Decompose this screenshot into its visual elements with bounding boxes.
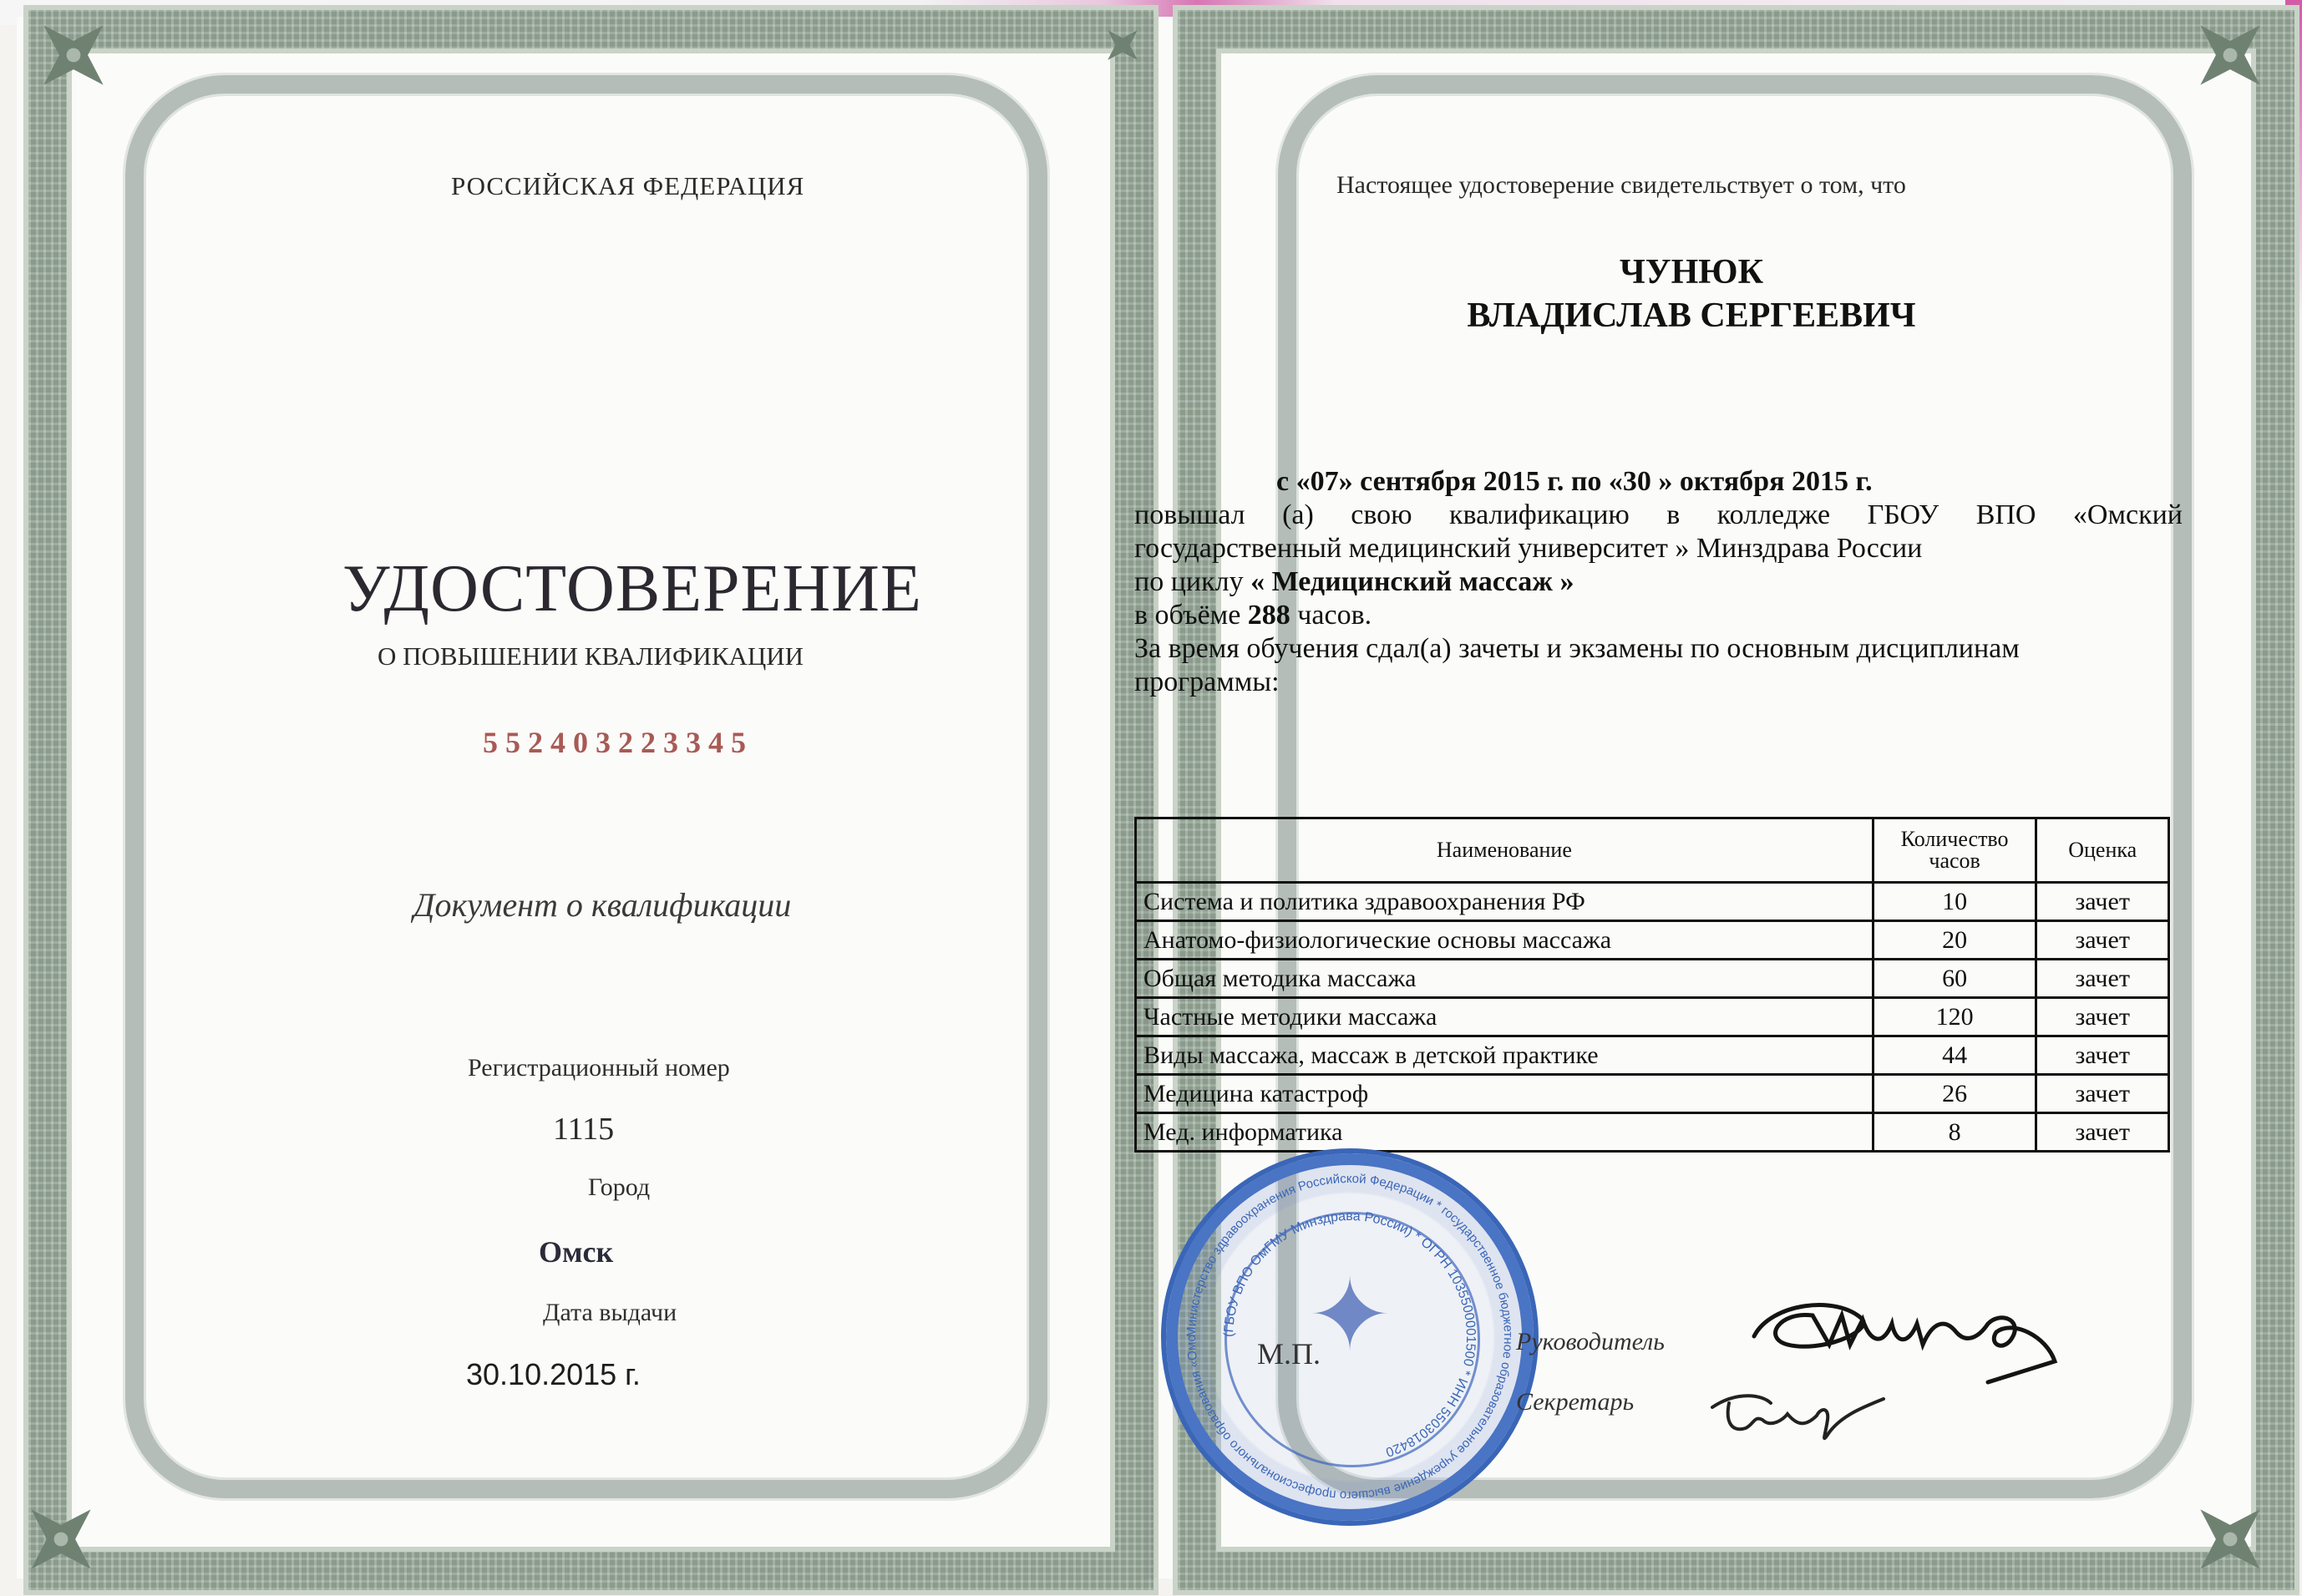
column-header-hours: Количество часов (1873, 818, 2036, 883)
discipline-name: Система и политика здравоохранения РФ (1136, 883, 1874, 921)
volume-line: в объёме 288 часов. (1134, 599, 2183, 632)
hours: 10 (1873, 883, 2036, 921)
hours: 60 (1873, 960, 2036, 998)
hours: 120 (1873, 998, 2036, 1036)
city-label: Город (588, 1173, 650, 1202)
secretary-signature-label: Секретарь (1516, 1388, 1634, 1416)
svg-text:(ГБОУ ВПО ОмГМУ Минздрава Росс: (ГБОУ ВПО ОмГМУ Минздрава России) * ОГРН… (1222, 1209, 1478, 1459)
hours: 8 (1873, 1113, 2036, 1152)
discipline-name: Мед. информатика (1136, 1113, 1874, 1152)
column-header-name: Наименование (1136, 818, 1874, 883)
country-name: РОССИЙСКАЯ ФЕДЕРАЦИЯ (451, 171, 804, 201)
holder-surname: ЧУНЮК (1336, 251, 2046, 294)
table-row: Анатомо-физиологические основы массажа20… (1136, 921, 2169, 960)
document-subtitle: О ПОВЫШЕНИИ КВАЛИФИКАЦИИ (378, 641, 804, 671)
exams-line: программы: (1134, 666, 2183, 699)
head-signature (1737, 1286, 2071, 1386)
table-row: Виды массажа, массаж в детской практике4… (1136, 1036, 2169, 1075)
body-line: государственный медицинский университет … (1134, 532, 2183, 565)
discipline-name: Частные методики массажа (1136, 998, 1874, 1036)
grade: зачет (2036, 1036, 2169, 1075)
head-signature-label: Руководитель (1516, 1328, 1665, 1356)
issue-date-label: Дата выдачи (543, 1299, 677, 1327)
hours: 44 (1873, 1036, 2036, 1075)
seal-mark: М.П. (1257, 1336, 1321, 1371)
exams-line: За время обучения сдал(а) зачеты и экзам… (1134, 632, 2183, 666)
table-row: Медицина катастроф26зачет (1136, 1075, 2169, 1113)
certificate-body: с «07» сентября 2015 г. по «30 » октября… (1134, 465, 2183, 699)
grade: зачет (2036, 883, 2169, 921)
holder-given-names: ВЛАДИСЛАВ СЕРГЕЕВИЧ (1336, 294, 2046, 337)
left-page-rope-ornament (125, 75, 1047, 1498)
volume-prefix: в объёме (1134, 600, 1248, 631)
cycle-line: по циклу « Медицинский массаж » (1134, 565, 2183, 599)
grade: зачет (2036, 1113, 2169, 1152)
city-value: Омск (539, 1234, 613, 1269)
grade: зачет (2036, 1075, 2169, 1113)
table-row: Мед. информатика8зачет (1136, 1113, 2169, 1152)
secretary-signature (1704, 1382, 1904, 1449)
serial-number: 552403223345 (483, 725, 753, 760)
certificate-intro: Настоящее удостоверение свидетельствует … (1336, 171, 1906, 200)
issue-date: 30.10.2015 г. (466, 1357, 641, 1392)
table-row: Общая методика массажа60зачет (1136, 960, 2169, 998)
volume-hours: 288 (1248, 600, 1290, 631)
document-type: Документ о квалификации (413, 885, 791, 925)
holder-name: ЧУНЮК ВЛАДИСЛАВ СЕРГЕЕВИЧ (1336, 251, 2046, 337)
book-fold (1140, 17, 1159, 1578)
svg-text:Министерство здравоохранения Р: Министерство здравоохранения Российской … (1166, 1153, 1515, 1502)
discipline-name: Анатомо-физиологические основы массажа (1136, 921, 1874, 960)
body-line: повышал (а) свою квалификацию в колледже… (1134, 499, 2183, 532)
cycle-prefix: по циклу (1134, 566, 1250, 597)
registration-number: 1115 (553, 1111, 614, 1148)
official-seal: ✦ Министерство здравоохранения Российско… (1161, 1148, 1539, 1526)
registration-number-label: Регистрационный номер (468, 1054, 730, 1082)
cycle-name: « Медицинский массаж » (1250, 566, 1574, 597)
grade: зачет (2036, 921, 2169, 960)
volume-suffix: часов. (1290, 600, 1372, 631)
discipline-name: Медицина катастроф (1136, 1075, 1874, 1113)
document-title: УДОСТОВЕРЕНИЕ (342, 551, 922, 627)
table-header-row: Наименование Количество часов Оценка (1136, 818, 2169, 883)
discipline-name: Общая методика массажа (1136, 960, 1874, 998)
table-row: Система и политика здравоохранения РФ10з… (1136, 883, 2169, 921)
table-row: Частные методики массажа120зачет (1136, 998, 2169, 1036)
grade: зачет (2036, 998, 2169, 1036)
hours: 20 (1873, 921, 2036, 960)
disciplines-table: Наименование Количество часов Оценка Сис… (1134, 817, 2170, 1153)
seal-ring-text: Министерство здравоохранения Российской … (1166, 1153, 1534, 1521)
grade: зачет (2036, 960, 2169, 998)
discipline-name: Виды массажа, массаж в детской практике (1136, 1036, 1874, 1075)
training-period: с «07» сентября 2015 г. по «30 » октября… (1134, 465, 2183, 499)
column-header-grade: Оценка (2036, 818, 2169, 883)
hours: 26 (1873, 1075, 2036, 1113)
